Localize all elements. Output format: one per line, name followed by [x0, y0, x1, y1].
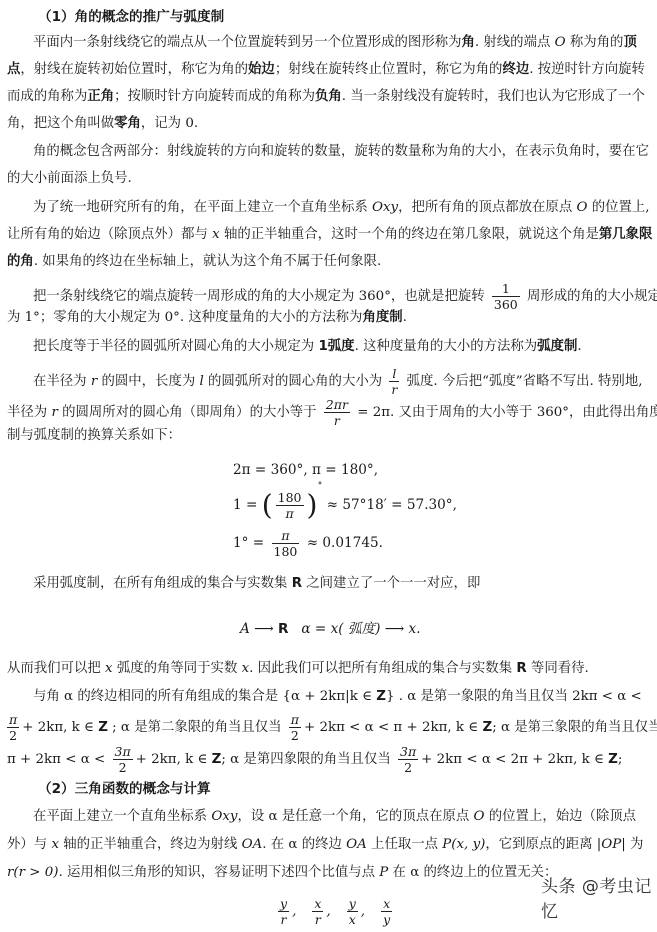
paragraph-4-line-1: 把一条射线绕它的端点旋转一周形成的角的大小规定为 360°，也就是把旋转 136…	[33, 281, 651, 312]
section-heading-1: （1）角的概念的推广与弧度制	[38, 8, 651, 26]
paragraph-2-line-2: 的大小前面添上负号.	[7, 170, 651, 188]
paragraph-9-line-2: π2+ 2kπ, k ∈ Z ; α 是第二象限的角当且仅当 π2+ 2kπ <…	[7, 712, 651, 743]
paragraph-3-line-2: 让所有角的始边（除顶点外）都与 x 轴的正半轴重合，这时一个角的终边在第几象限，…	[7, 226, 651, 244]
fraction-2pir-over-r: 2πrr	[324, 397, 350, 428]
paragraph-3-line-1: 为了统一地研究所有的角，在平面上建立一个直角坐标系 Oxy，把所有角的顶点都放在…	[33, 199, 651, 217]
section2-paragraph-line-2: 外）与 x 轴的正半轴重合，终边为射线 OA. 在 α 的终边 OA 上任取一点…	[7, 836, 651, 854]
ratio-list: yr, xr, yx, xy	[275, 896, 395, 927]
ratio-y-over-x: yx	[347, 896, 358, 927]
fraction-l-over-r: lr	[389, 366, 399, 397]
paragraph-6-line-1: 在半径为 r 的圆中，长度为 l 的圆弧所对的圆心角的大小为 lr 弧度. 今后…	[33, 366, 651, 397]
fraction-1-over-360: 1360	[492, 281, 520, 312]
paragraph-3-line-3: 的角. 如果角的终边在坐标轴上，就认为这个角不属于任何象限.	[7, 253, 651, 271]
paragraph-9-line-3: π + 2kπ < α < 3π2+ 2kπ, k ∈ Z; α 是第四象限的角…	[7, 744, 651, 775]
section-heading-2: （2）三角函数的概念与计算	[38, 780, 651, 798]
paragraph-6-line-2: 半径为 r 的圆周所对的圆心角（即周角）的大小等于 2πrr = 2π. 又由于…	[7, 397, 651, 428]
document-page: （1）角的概念的推广与弧度制 平面内一条射线绕它的端点从一个位置旋转到另一个位置…	[0, 0, 657, 932]
paragraph-1-line-3: 而成的角称为正角；按顺时针方向旋转而成的角称为负角. 当一条射线没有旋转时，我们…	[7, 88, 651, 106]
paragraph-9-line-1: 与角 α 的终边相同的所有角组成的集合是 {α + 2kπ|k ∈ Z} . α…	[33, 688, 651, 706]
equation-1-degree: 1° = π180 ≈ 0.01745.	[233, 528, 383, 559]
paragraph-1-line-4: 角，把这个角叫做零角，记为 0.	[7, 115, 651, 133]
paragraph-6-line-3: 制与弧度制的换算关系如下：	[7, 427, 651, 445]
paragraph-8-line-1: 从而我们可以把 x 弧度的角等同于实数 x. 因此我们可以把所有角组成的集合与实…	[7, 660, 651, 678]
ratio-x-over-y: xy	[381, 896, 392, 927]
equation-2pi-360: 2π = 360°, π = 180°,	[233, 462, 378, 478]
section2-paragraph-line-1: 在平面上建立一个直角坐标系 Oxy，设 α 是任意一个角，它的顶点在原点 O 的…	[33, 808, 651, 826]
ratio-x-over-r: xr	[312, 896, 323, 927]
ratio-y-over-r: yr	[278, 896, 289, 927]
paragraph-1-line-2: 点，射线在旋转初始位置时，称它为角的始边；射线在旋转终止位置时，称它为角的终边.…	[7, 61, 651, 79]
mapping-A-to-R: A ⟶ R α = x( 弧度) ⟶ x.	[240, 617, 421, 637]
paragraph-5-line-1: 把长度等于半径的圆弧所对圆心角的大小规定为 1弧度. 这种度量角的大小的方法称为…	[33, 338, 651, 356]
paragraph-4-line-2: 为 1°；零角的大小规定为 0°. 这种度量角的大小的方法称为角度制.	[7, 309, 651, 327]
paragraph-1-line-1: 平面内一条射线绕它的端点从一个位置旋转到另一个位置形成的图形称为角. 射线的端点…	[33, 34, 651, 52]
paragraph-2-line-1: 角的概念包含两部分：射线旋转的方向和旋转的数量，旋转的数量称为角的大小，在表示负…	[33, 143, 651, 161]
watermark: 头条 @考虫记忆	[541, 872, 657, 922]
paragraph-7-line-1: 采用弧度制，在所有角组成的集合与实数集 R 之间建立了一个一一对应，即	[33, 575, 651, 593]
equation-1-rad: 1 = (180π)∘ ≈ 57°18′ = 57.30°,	[233, 490, 457, 521]
